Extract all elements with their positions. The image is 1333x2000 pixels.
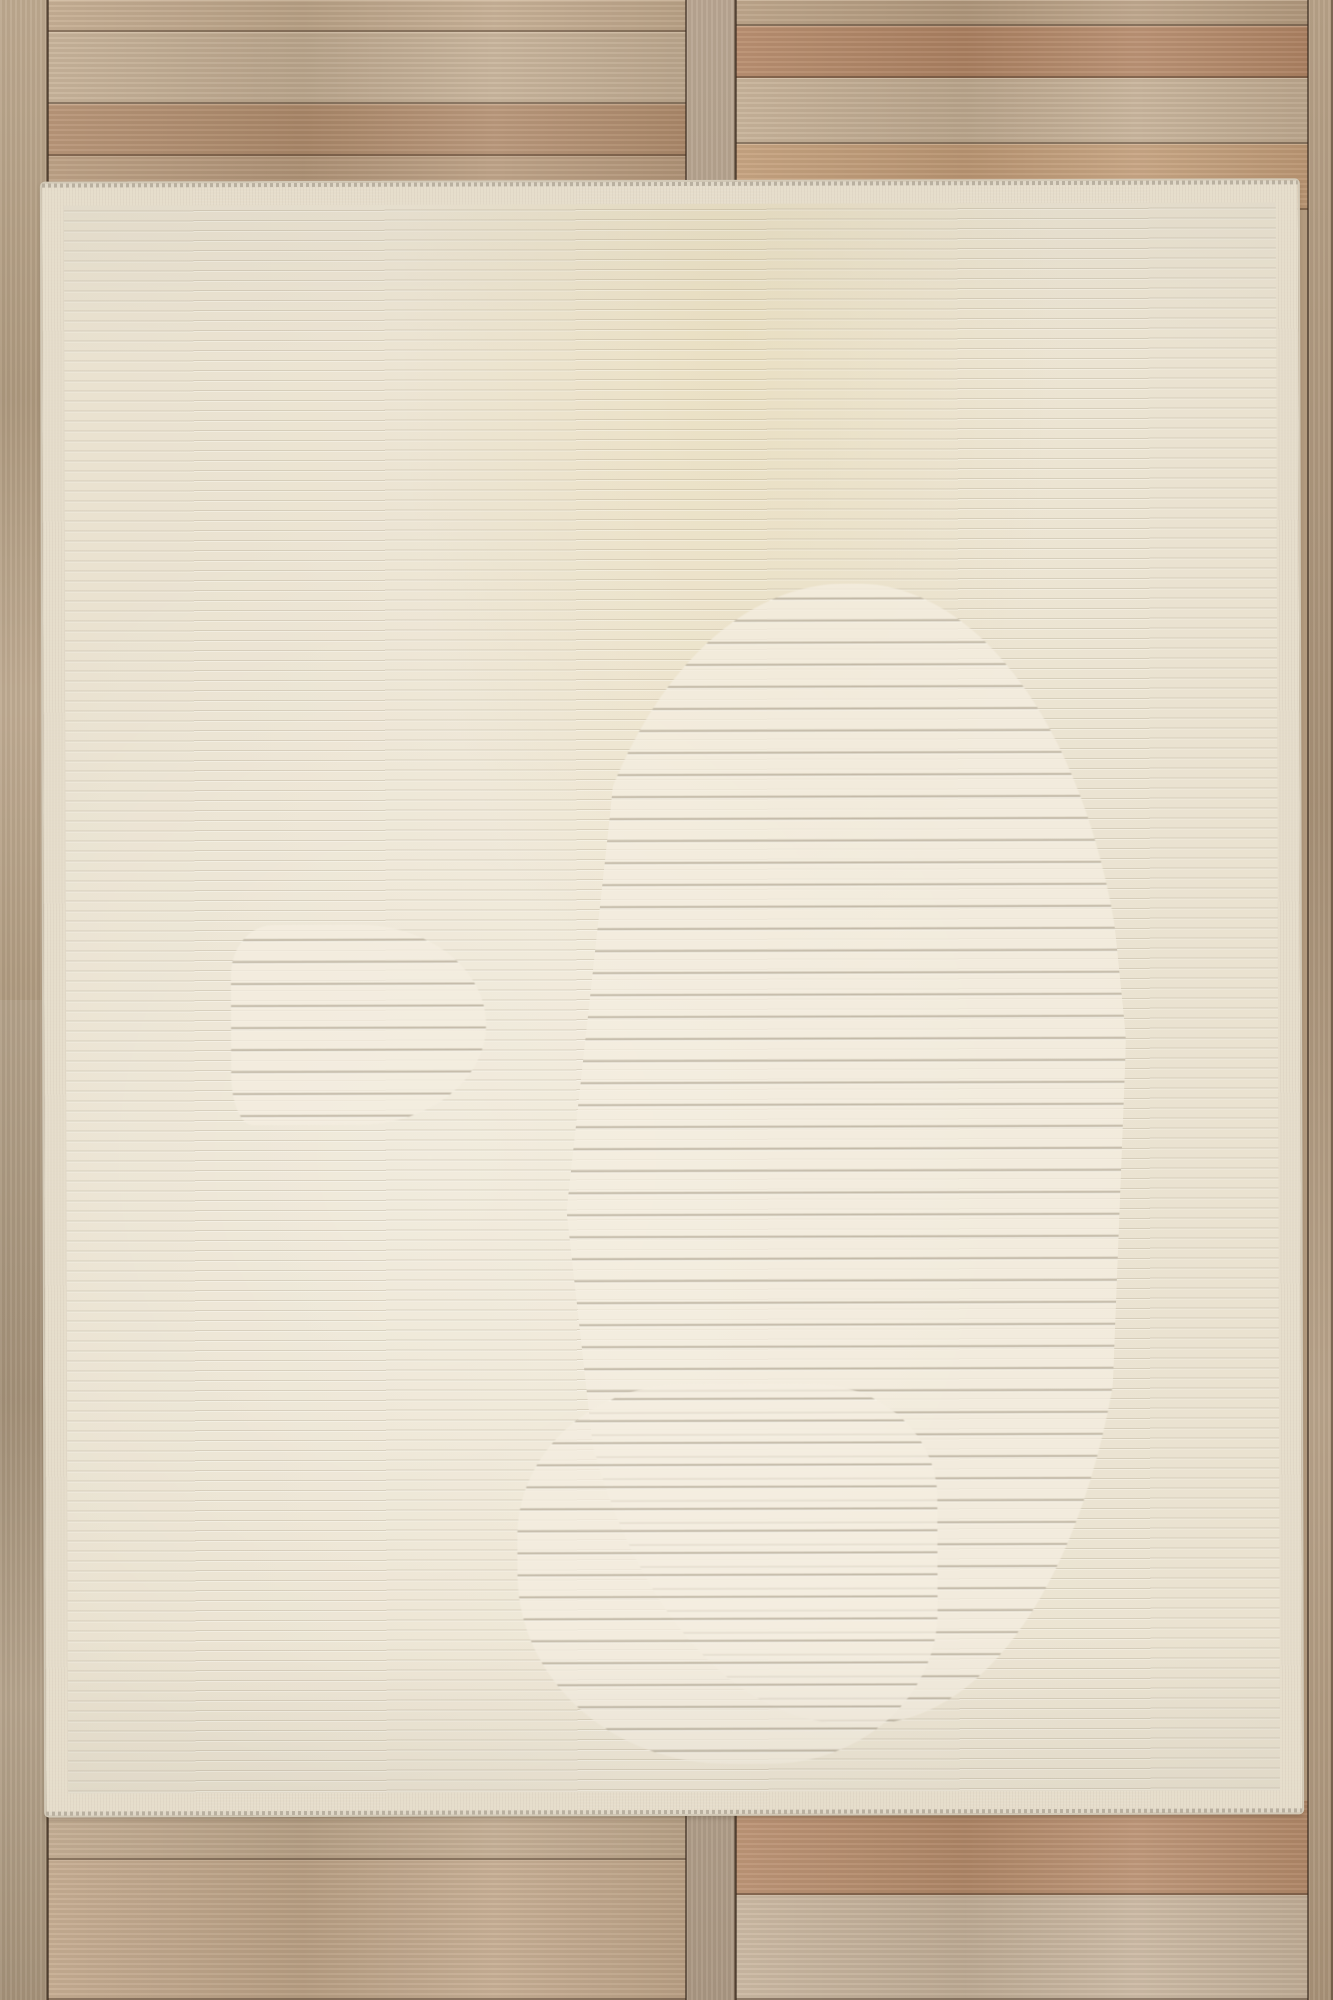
floor-plank	[736, 78, 1308, 144]
floor-plank	[0, 0, 48, 1000]
rug-motif-lower-lobe	[517, 1383, 938, 1764]
floor-plank	[48, 104, 686, 156]
floor-plank	[48, 0, 686, 32]
floor-column-left-edge	[0, 0, 48, 2000]
floor-plank	[736, 1800, 1308, 1895]
rug-pile-field	[64, 202, 1280, 1793]
floor-plank	[0, 1000, 48, 2000]
floor-plank	[736, 1895, 1308, 2000]
ivory-shag-rug	[42, 180, 1302, 1815]
floor-seam	[1307, 0, 1309, 2000]
floor-plank	[1308, 0, 1333, 2000]
floor-plank	[736, 26, 1308, 78]
rug-motif-left-half-circle	[231, 924, 487, 1125]
floor-plank	[48, 1860, 686, 2000]
floor-plank	[736, 0, 1308, 26]
floor-plank	[48, 32, 686, 104]
floor-column-right-edge	[1308, 0, 1333, 2000]
rug-photo-scene	[0, 0, 1333, 2000]
